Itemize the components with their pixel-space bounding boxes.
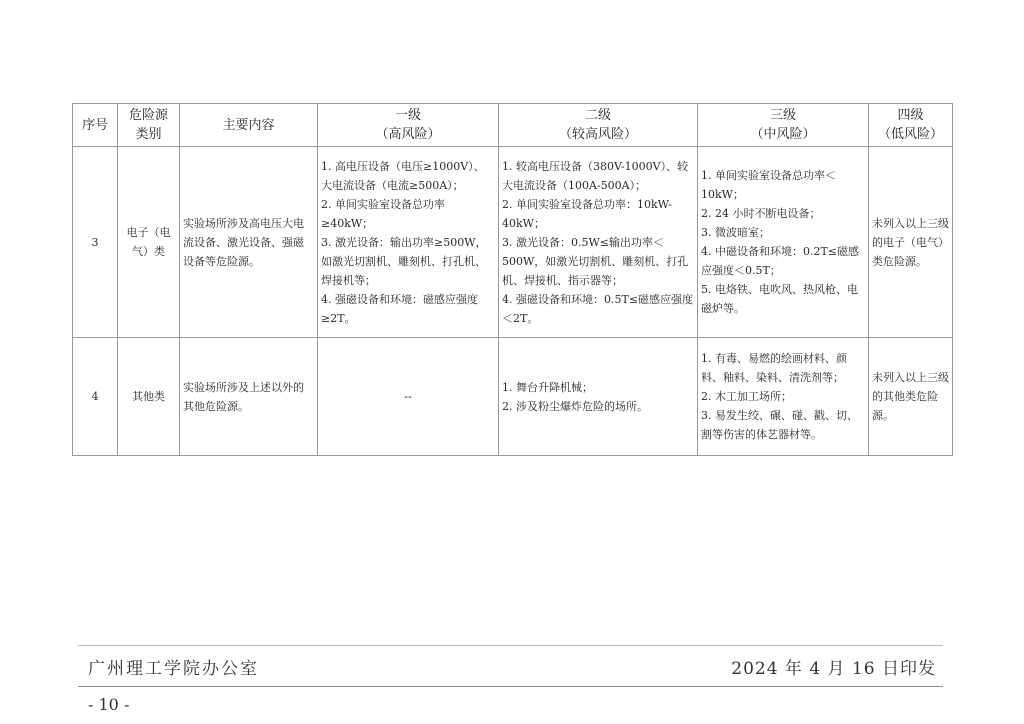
list-item: 3. 激光设备：输出功率≥500W，如激光切割机、雕刻机、打孔机、焊接机等；: [321, 233, 495, 290]
footer-issuer: 广州理工学院办公室: [88, 654, 259, 679]
risk-level-table: 序号 危险源类别 主要内容 一级（高风险） 二级（较高风险） 三级（中风险） 四…: [72, 103, 953, 456]
header-serial-number: 序号: [73, 104, 118, 147]
footer-divider-bottom: [78, 686, 943, 687]
table-header-row: 序号 危险源类别 主要内容 一级（高风险） 二级（较高风险） 三级（中风险） 四…: [73, 104, 953, 147]
cell-serial-number: 3: [73, 147, 118, 338]
cell-content: 实验场所涉及上述以外的其他危险源。: [180, 338, 318, 456]
list-item: 4. 强磁设备和环境：0.5T≤磁感应强度＜2T。: [502, 290, 694, 328]
table-row: 3 电子（电气）类 实验场所涉及高电压大电流设备、激光设备、强磁设备等危险源。 …: [73, 147, 953, 338]
header-level-1: 一级（高风险）: [318, 104, 499, 147]
cell-level-2: 1. 较高电压设备（380V-1000V）、较大电流设备（100A-500A）；…: [499, 147, 698, 338]
footer-issue-date: 2024 年 4 月 16 日印发: [731, 654, 936, 679]
table-row: 4 其他类 实验场所涉及上述以外的其他危险源。 -- 1. 舞台升降机械； 2.…: [73, 338, 953, 456]
cell-serial-number: 4: [73, 338, 118, 456]
cell-level-1: 1. 高电压设备（电压≥1000V）、大电流设备（电流≥500A）； 2. 单间…: [318, 147, 499, 338]
cell-level-3: 1. 单间实验室设备总功率＜10kW； 2. 24 小时不断电设备； 3. 微波…: [698, 147, 869, 338]
list-item: 3. 易发生绞、碾、碰、戳、切、割等伤害的体艺器材等。: [701, 406, 865, 444]
page-number: - 10 -: [88, 695, 129, 714]
list-item: 2. 木工加工场所；: [701, 387, 865, 406]
header-main-content: 主要内容: [180, 104, 318, 147]
list-item: 2. 单间实验室设备总功率：10kW-40kW；: [502, 195, 694, 233]
header-level-2: 二级（较高风险）: [499, 104, 698, 147]
cell-level-2: 1. 舞台升降机械； 2. 涉及粉尘爆炸危险的场所。: [499, 338, 698, 456]
cell-level-1: --: [318, 338, 499, 456]
footer-divider-top: [78, 645, 943, 646]
list-item: 2. 涉及粉尘爆炸危险的场所。: [502, 397, 694, 416]
list-item: 1. 有毒、易燃的绘画材料、颜料、釉料、染料、清洗剂等；: [701, 349, 865, 387]
cell-category: 其他类: [118, 338, 180, 456]
cell-level-4: 未列入以上三级的其他类危险源。: [869, 338, 953, 456]
list-item: 2. 单间实验室设备总功率≥40kW；: [321, 195, 495, 233]
cell-level-3: 1. 有毒、易燃的绘画材料、颜料、釉料、染料、清洗剂等； 2. 木工加工场所； …: [698, 338, 869, 456]
header-level-3: 三级（中风险）: [698, 104, 869, 147]
list-item: 1. 舞台升降机械；: [502, 378, 694, 397]
cell-category: 电子（电气）类: [118, 147, 180, 338]
list-item: 1. 单间实验室设备总功率＜10kW；: [701, 166, 865, 204]
list-item: 4. 中磁设备和环境：0.2T≤磁感应强度＜0.5T；: [701, 242, 865, 280]
cell-level-4: 未列入以上三级的电子（电气）类危险源。: [869, 147, 953, 338]
header-hazard-category: 危险源类别: [118, 104, 180, 147]
list-item: 5. 电烙铁、电吹风、热风枪、电磁炉等。: [701, 280, 865, 318]
cell-content: 实验场所涉及高电压大电流设备、激光设备、强磁设备等危险源。: [180, 147, 318, 338]
list-item: 2. 24 小时不断电设备；: [701, 204, 865, 223]
list-item: 1. 高电压设备（电压≥1000V）、大电流设备（电流≥500A）；: [321, 157, 495, 195]
list-item: 1. 较高电压设备（380V-1000V）、较大电流设备（100A-500A）；: [502, 157, 694, 195]
list-item: 3. 激光设备：0.5W≤输出功率＜500W，如激光切割机、雕刻机、打孔机、焊接…: [502, 233, 694, 290]
list-item: 3. 微波暗室；: [701, 223, 865, 242]
header-level-4: 四级（低风险）: [869, 104, 953, 147]
list-item: 4. 强磁设备和环境：磁感应强度≥2T。: [321, 290, 495, 328]
